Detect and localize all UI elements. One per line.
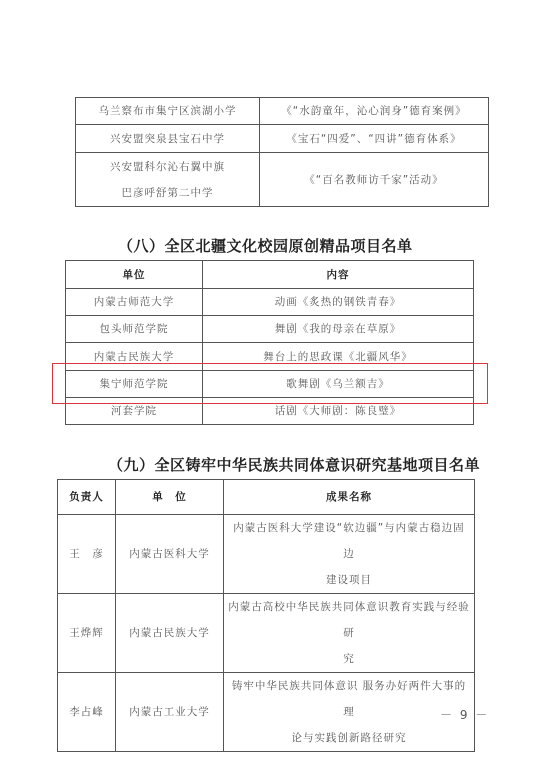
unit-cell: 内蒙古民族大学 [66, 343, 203, 371]
content-cell: 舞剧《我的母亲在草原》 [203, 316, 474, 343]
result-cell: 内蒙古高校中华民族共同体意识教育实践与经验研 究 [224, 594, 475, 673]
header-result: 成果名称 [224, 480, 475, 515]
leader-cell: 李占峰 [58, 673, 116, 752]
content-cell: 动画《炙热的钢铁青春》 [203, 289, 474, 316]
table-row: 兴安盟科尔沁右翼中旗 巴彦呼舒第二中学 《“百名教师访千家”活动》 [76, 153, 489, 207]
table-row: 王 彦 内蒙古医科大学 内蒙古医科大学建设“软边疆”与内蒙古稳边固边 建设项目 [58, 515, 475, 594]
result-line: 内蒙古高校中华民族共同体意识教育实践与经验研 [228, 594, 470, 646]
content-cell: 歌舞剧《乌兰额吉》 [203, 371, 474, 398]
unit-cell: 乌兰察布市集宁区滨湖小学 [76, 98, 260, 125]
result-cell: 铸牢中华民族共同体意识 服务办好两件大事的理 论与实践创新路径研究 [224, 673, 475, 752]
unit-line: 兴安盟科尔沁右翼中旗 [80, 154, 255, 180]
table-row: 包头师范学院 舞剧《我的母亲在草原》 [66, 316, 474, 343]
header-unit: 单 位 [116, 480, 224, 515]
table-row: 内蒙古民族大学 舞台上的思政课《北疆风华》 [66, 343, 474, 371]
table-row: 兴安盟突泉县宝石中学 《宝石“四爱”、“四讲”德育体系》 [76, 125, 489, 153]
section8-table: 单位 内容 内蒙古师范大学 动画《炙热的钢铁青春》 包头师范学院 舞剧《我的母亲… [65, 260, 474, 425]
table-row-highlighted: 集宁师范学院 歌舞剧《乌兰额吉》 [66, 371, 474, 398]
unit-cell: 兴安盟科尔沁右翼中旗 巴彦呼舒第二中学 [76, 153, 260, 207]
unit-cell: 包头师范学院 [66, 316, 203, 343]
unit-cell: 河套学院 [66, 398, 203, 425]
result-line: 究 [228, 646, 470, 672]
unit-cell: 集宁师范学院 [66, 371, 203, 398]
content-cell: 《“水韵童年，沁心润身”德育案例》 [260, 98, 489, 125]
result-line: 内蒙古医科大学建设“软边疆”与内蒙古稳边固边 [228, 515, 470, 567]
unit-cell: 内蒙古工业大学 [116, 673, 224, 752]
result-line: 建设项目 [228, 567, 470, 593]
table-row: 李占峰 内蒙古工业大学 铸牢中华民族共同体意识 服务办好两件大事的理 论与实践创… [58, 673, 475, 752]
unit-line: 巴彦呼舒第二中学 [80, 180, 255, 206]
unit-cell: 内蒙古师范大学 [66, 289, 203, 316]
content-cell: 舞台上的思政课《北疆风华》 [203, 343, 474, 371]
content-cell: 《“百名教师访千家”活动》 [260, 153, 489, 207]
unit-cell: 内蒙古民族大学 [116, 594, 224, 673]
table-row: 王烨辉 内蒙古民族大学 内蒙古高校中华民族共同体意识教育实践与经验研 究 [58, 594, 475, 673]
table-row: 河套学院 话剧《大师剧：陈良璧》 [66, 398, 474, 425]
table-header-row: 单位 内容 [66, 261, 474, 289]
section8-title: （八）全区北疆文化校园原创精品项目名单 [118, 235, 413, 256]
leader-cell: 王烨辉 [58, 594, 116, 673]
content-cell: 话剧《大师剧：陈良璧》 [203, 398, 474, 425]
page-number: － 9 － [440, 706, 489, 723]
section9-table: 负责人 单 位 成果名称 王 彦 内蒙古医科大学 内蒙古医科大学建设“软边疆”与… [57, 479, 475, 752]
unit-cell: 兴安盟突泉县宝石中学 [76, 125, 260, 153]
header-leader: 负责人 [58, 480, 116, 515]
header-content: 内容 [203, 261, 474, 289]
unit-cell: 内蒙古医科大学 [116, 515, 224, 594]
header-unit: 单位 [66, 261, 203, 289]
leader-cell: 王 彦 [58, 515, 116, 594]
result-line: 铸牢中华民族共同体意识 服务办好两件大事的理 [228, 673, 470, 725]
section9-title: （九）全区铸牢中华民族共同体意识研究基地项目名单 [108, 454, 480, 475]
table-row: 乌兰察布市集宁区滨湖小学 《“水韵童年，沁心润身”德育案例》 [76, 98, 489, 125]
result-line: 论与实践创新路径研究 [228, 725, 470, 751]
table-header-row: 负责人 单 位 成果名称 [58, 480, 475, 515]
table-row: 内蒙古师范大学 动画《炙热的钢铁青春》 [66, 289, 474, 316]
result-cell: 内蒙古医科大学建设“软边疆”与内蒙古稳边固边 建设项目 [224, 515, 475, 594]
content-cell: 《宝石“四爱”、“四讲”德育体系》 [260, 125, 489, 153]
continued-table: 乌兰察布市集宁区滨湖小学 《“水韵童年，沁心润身”德育案例》 兴安盟突泉县宝石中… [75, 97, 489, 207]
